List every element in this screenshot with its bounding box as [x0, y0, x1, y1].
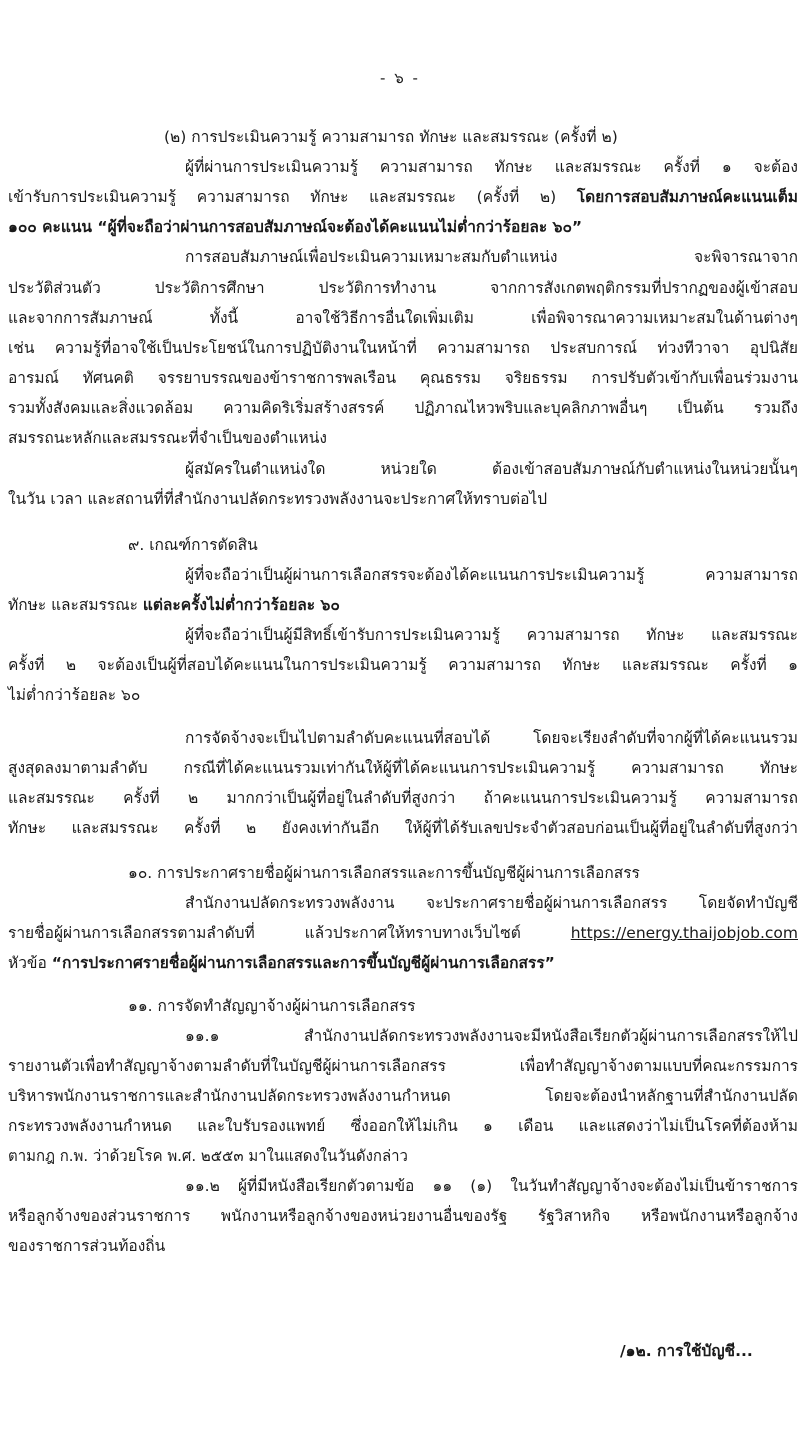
continuation-note: /๑๒. การใช้บัญชี...: [620, 1338, 753, 1363]
text-segment: และจากการสัมภาษณ์ ทั้งนี้ อาจใช้วิธีการอ…: [8, 309, 798, 327]
text-line: รายงานตัวเพื่อทำสัญญาจ้างตามลำดับที่ในบั…: [8, 1056, 798, 1076]
text-line: อารมณ์ ทัศนคติ จรรยาบรรณของข้าราชการพลเร…: [8, 368, 798, 388]
text-line: ผู้ที่ผ่านการประเมินความรู้ ความสามารถ ท…: [185, 157, 798, 177]
text-segment: ผู้ที่จะถือว่าเป็นผู้ผ่านการเลือกสรรจะต้…: [185, 566, 798, 584]
document-page: - ๖ - (๒) การประเมินความรู้ ความสามารถ ท…: [0, 0, 800, 1441]
bold-text: ๑๐๐ คะแนน “ผู้ที่จะถือว่าผ่านการสอบสัมภา…: [8, 218, 582, 236]
text-line: ๑๑. การจัดทำสัญญาจ้างผู้ผ่านการเลือกสรร: [128, 996, 448, 1016]
text-segment: หรือลูกจ้างของส่วนราชการ พนักงานหรือลูกจ…: [8, 1207, 798, 1225]
text-line: หรือลูกจ้างของส่วนราชการ พนักงานหรือลูกจ…: [8, 1206, 798, 1226]
text-line: ผู้สมัครในตำแหน่งใด หน่วยใด ต้องเข้าสอบส…: [185, 459, 798, 479]
text-segment: สำนักงานปลัดกระทรวงพลังงาน จะประกาศรายชื…: [185, 894, 798, 912]
text-segment: ทักษะ และสมรรณะ: [8, 596, 143, 614]
text-line: หัวข้อ “การประกาศรายชื่อผู้ผ่านการเลือกส…: [8, 953, 688, 973]
text-segment: การจัดจ้างจะเป็นไปตามลำดับคะแนนที่สอบได้…: [185, 729, 798, 747]
text-segment: ผู้สมัครในตำแหน่งใด หน่วยใด ต้องเข้าสอบส…: [185, 460, 798, 478]
text-line: ๑๐๐ คะแนน “ผู้ที่จะถือว่าผ่านการสอบสัมภา…: [8, 217, 663, 237]
text-segment: ๑๐. การประกาศรายชื่อผู้ผ่านการเลือกสรรแล…: [128, 864, 640, 882]
text-line: ๑๑.๒ ผู้ที่มีหนังสือเรียกตัวตามข้อ ๑๑ (๑…: [185, 1176, 798, 1196]
bold-text: “การประกาศรายชื่อผู้ผ่านการเลือกสรรและกา…: [52, 954, 555, 972]
text-segment: ๑๑.๒ ผู้ที่มีหนังสือเรียกตัวตามข้อ ๑๑ (๑…: [185, 1177, 798, 1195]
text-line: ผู้ที่จะถือว่าเป็นผู้ผ่านการเลือกสรรจะต้…: [185, 565, 798, 585]
text-segment: ครั้งที่ ๒ จะต้องเป็นผู้ที่สอบได้คะแนนใน…: [8, 656, 798, 674]
text-line: ครั้งที่ ๒ จะต้องเป็นผู้ที่สอบได้คะแนนใน…: [8, 655, 798, 675]
text-line: การจัดจ้างจะเป็นไปตามลำดับคะแนนที่สอบได้…: [185, 728, 798, 748]
text-line: ทักษะ และสมรรณะ แต่ละครั้งไม่ต่ำกว่าร้อย…: [8, 595, 408, 615]
text-line: กระทรวงพลังงานกำหนด และใบรับรองแพทย์ ซึ่…: [8, 1116, 798, 1136]
page-number: - ๖ -: [0, 66, 800, 90]
text-line: เช่น ความรู้ที่อาจใช้เป็นประโยชน์ในการปฏ…: [8, 338, 798, 358]
text-segment: สูงสุดลงมาตามลำดับ กรณีที่ได้คะแนนรวมเท่…: [8, 759, 798, 777]
text-line: บริหารพนักงานราชการและสำนักงานปลัดกระทรว…: [8, 1086, 798, 1106]
text-line: สูงสุดลงมาตามลำดับ กรณีที่ได้คะแนนรวมเท่…: [8, 758, 798, 778]
text-segment: ผู้ที่จะถือว่าเป็นผู้มีสิทธิ์เข้ารับการป…: [185, 626, 798, 644]
text-line: ของราชการส่วนท้องถิ่น: [8, 1236, 168, 1256]
text-line: รายชื่อผู้ผ่านการเลือกสรรตามลำดับที่ แล้…: [8, 923, 798, 943]
text-line: สำนักงานปลัดกระทรวงพลังงาน จะประกาศรายชื…: [185, 893, 798, 913]
text-segment: รายงานตัวเพื่อทำสัญญาจ้างตามลำดับที่ในบั…: [8, 1057, 798, 1075]
text-segment: กระทรวงพลังงานกำหนด และใบรับรองแพทย์ ซึ่…: [8, 1117, 798, 1135]
text-segment: ของราชการส่วนท้องถิ่น: [8, 1237, 165, 1255]
text-line: ประวัติส่วนตัว ประวัติการศึกษา ประวัติกา…: [8, 278, 798, 298]
text-segment: ทักษะ และสมรรณะ ครั้งที่ ๒ ยังคงเท่ากันอ…: [8, 819, 798, 837]
text-segment: ผู้ที่ผ่านการประเมินความรู้ ความสามารถ ท…: [185, 158, 798, 176]
text-line: ๑๑.๑ สำนักงานปลัดกระทรวงพลังงานจะมีหนังส…: [185, 1026, 798, 1046]
text-line: ตามกฎ ก.พ. ว่าด้วยโรค พ.ศ. ๒๕๕๓ มาในแสดง…: [8, 1146, 394, 1166]
text-line: ไม่ต่ำกว่าร้อยละ ๖๐: [8, 685, 188, 705]
text-line: สมรรถนะหลักและสมรรณะที่จำเป็นของตำแหน่ง: [8, 428, 428, 448]
text-segment: ๑๑.๑ สำนักงานปลัดกระทรวงพลังงานจะมีหนังส…: [185, 1027, 798, 1045]
text-line: ทักษะ และสมรรณะ ครั้งที่ ๒ ยังคงเท่ากันอ…: [8, 818, 798, 838]
text-segment: สมรรถนะหลักและสมรรณะที่จำเป็นของตำแหน่ง: [8, 429, 327, 447]
text-line: และสมรรณะ ครั้งที่ ๒ มากกว่าเป็นผู้ที่อย…: [8, 788, 798, 808]
text-line: รวมทั้งสังคมและสิ่งแวดล้อม ความคิดริเริ่…: [8, 398, 798, 418]
text-segment: รายชื่อผู้ผ่านการเลือกสรรตามลำดับที่ แล้…: [8, 924, 571, 942]
text-line: ๑๐. การประกาศรายชื่อผู้ผ่านการเลือกสรรแล…: [128, 863, 733, 883]
text-segment: เช่น ความรู้ที่อาจใช้เป็นประโยชน์ในการปฏ…: [8, 339, 798, 357]
text-segment: ไม่ต่ำกว่าร้อยละ ๖๐: [8, 686, 140, 704]
text-line: ในวัน เวลา และสถานที่ที่สำนักงานปลัดกระท…: [8, 489, 558, 509]
text-segment: ๑๑. การจัดทำสัญญาจ้างผู้ผ่านการเลือกสรร: [128, 997, 415, 1015]
text-segment: และสมรรณะ ครั้งที่ ๒ มากกว่าเป็นผู้ที่อย…: [8, 789, 798, 807]
text-segment: การสอบสัมภาษณ์เพื่อประเมินความเหมาะสมกับ…: [185, 248, 798, 266]
text-segment: ในวัน เวลา และสถานที่ที่สำนักงานปลัดกระท…: [8, 490, 547, 508]
text-segment: อารมณ์ ทัศนคติ จรรยาบรรณของข้าราชการพลเร…: [8, 369, 798, 387]
text-segment: ๙. เกณฑ์การตัดสิน: [128, 536, 258, 554]
text-line: ผู้ที่จะถือว่าเป็นผู้มีสิทธิ์เข้ารับการป…: [185, 625, 798, 645]
text-segment: ประวัติส่วนตัว ประวัติการศึกษา ประวัติกา…: [8, 279, 798, 297]
text-line: และจากการสัมภาษณ์ ทั้งนี้ อาจใช้วิธีการอ…: [8, 308, 798, 328]
website-link[interactable]: https://energy.thaijobjob.com: [571, 924, 798, 942]
text-segment: ตามกฎ ก.พ. ว่าด้วยโรค พ.ศ. ๒๕๕๓ มาในแสดง…: [8, 1147, 408, 1165]
text-line: เข้ารับการประเมินความรู้ ความสามารถ ทักษ…: [8, 187, 798, 207]
text-segment: เข้ารับการประเมินความรู้ ความสามารถ ทักษ…: [8, 188, 577, 206]
text-segment: รวมทั้งสังคมและสิ่งแวดล้อม ความคิดริเริ่…: [8, 399, 798, 417]
bold-text: แต่ละครั้งไม่ต่ำกว่าร้อยละ ๖๐: [143, 596, 340, 614]
text-line: การสอบสัมภาษณ์เพื่อประเมินความเหมาะสมกับ…: [185, 247, 798, 267]
text-line: (๒) การประเมินความรู้ ความสามารถ ทักษะ แ…: [164, 127, 704, 147]
text-segment: (๒) การประเมินความรู้ ความสามารถ ทักษะ แ…: [164, 128, 618, 146]
text-segment: หัวข้อ: [8, 954, 52, 972]
text-segment: บริหารพนักงานราชการและสำนักงานปลัดกระทรว…: [8, 1087, 798, 1105]
text-line: ๙. เกณฑ์การตัดสิน: [128, 535, 288, 555]
bold-text: โดยการสอบสัมภาษณ์คะแนนเต็ม: [577, 188, 798, 206]
